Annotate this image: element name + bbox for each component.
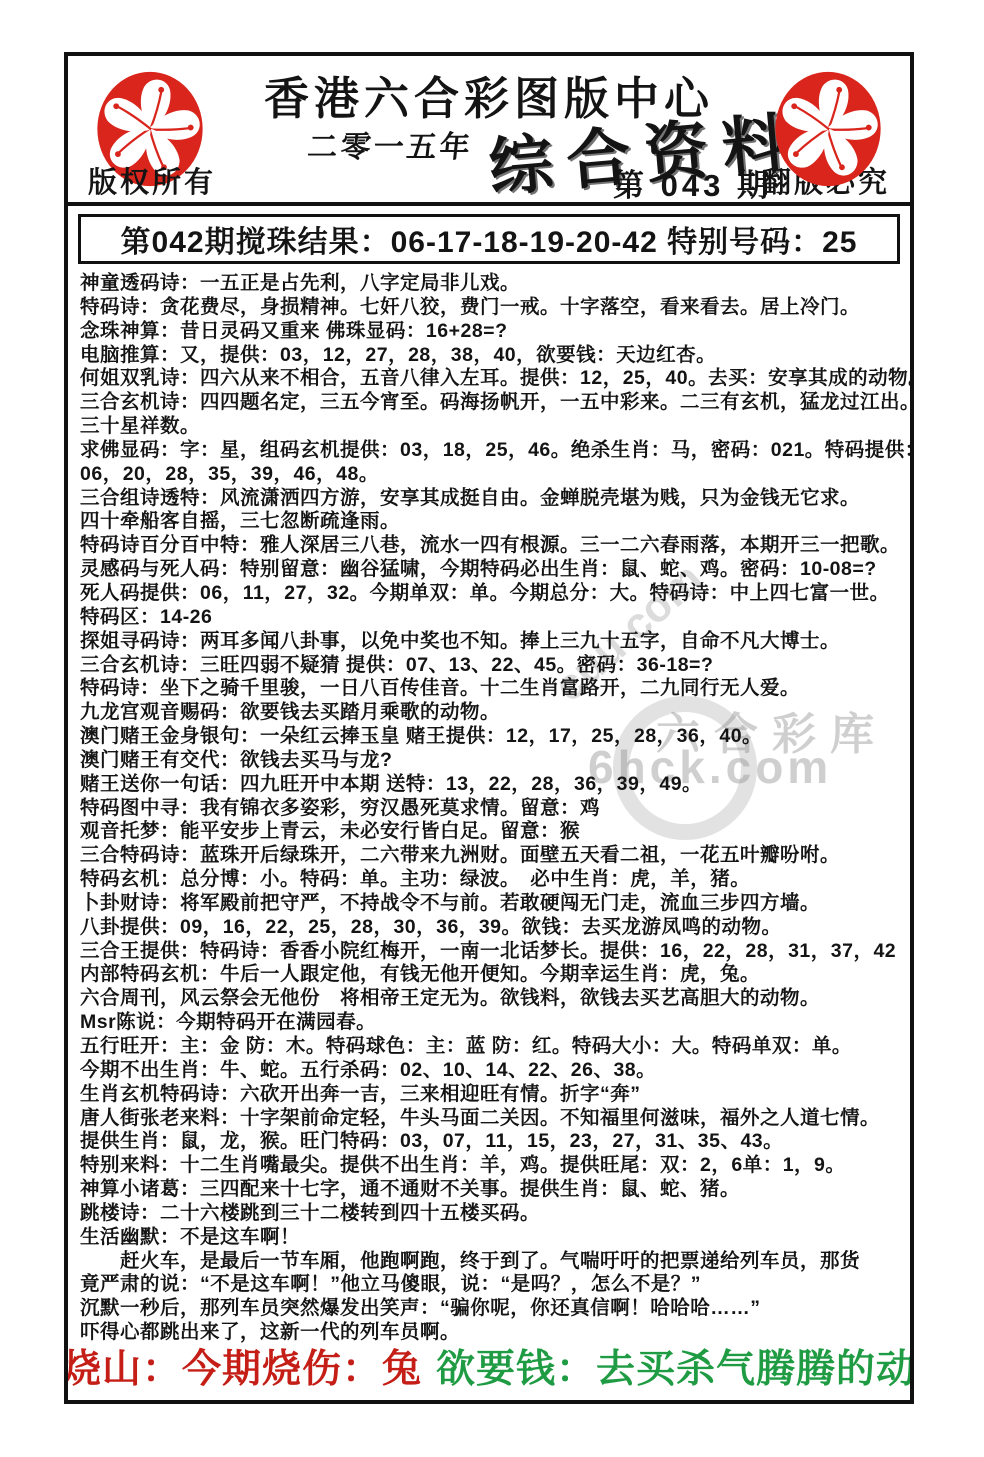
body-text-line: 八卦提供：09，16，22，25，28，30，36，39。欲钱：去买龙游凤鸣的动… (80, 916, 898, 940)
body-text-line: 特码诗百分百中特：雅人深居三八巷，流水一四有根源。三一二六春雨落，本期开三一把歌… (80, 534, 898, 558)
body-text-line: 生肖玄机特码诗：六砍开出奔一吉，三来相迎旺有情。折字“奔” (80, 1083, 898, 1107)
body-text-line: 何姐双乳诗：四六从来不相合，五音八律入左耳。提供：12，25，40。去买：安享其… (80, 367, 898, 391)
body-text-line: 今期不出生肖：牛、蛇。五行杀码：02、10、14、22、26、38。 (80, 1059, 898, 1083)
body-text-line: 三十星祥数。 (80, 415, 898, 439)
body-text-line: 六合周刊，风云祭会无他份 将相帝王定无为。欲钱料，欲钱去买艺高胆大的动物。 (80, 987, 898, 1011)
body-text-line: 五行旺开：主：金 防：木。特码球色：主：蓝 防：红。特码大小：大。特码单双：单。 (80, 1035, 898, 1059)
result-banner: 第042期搅珠结果：06-17-18-19-20-42 特别号码：25 (78, 214, 900, 264)
body-text-line: 卜卦财诗：将军殿前把守严，不持战令不与前。若敢硬闯无门走，流血三步四方墙。 (80, 892, 898, 916)
body-text-line: Msr陈说：今期特码开在满园春。 (80, 1011, 898, 1035)
body-text-line: 澳门赌王有交代：欲钱去买马与龙? (80, 749, 898, 773)
body-text-line: 赶火车，是最后一节车厢，他跑啊跑，终于到了。气喘吁吁的把票递给列车员，那货 (80, 1250, 898, 1274)
body-text-line: 特码图中寻：我有锦衣多姿彩，穷汉愚死莫求情。留意：鸡 (80, 797, 898, 821)
body-text-line: 九龙宫观音赐码：欲要钱去买踏月乘歌的动物。 (80, 701, 898, 725)
body-text-line: 特码区：14-26 (80, 606, 898, 630)
footer-banner: 火烧山：今期烧伤：兔 欲要钱：去买杀气腾腾的动物 (68, 1338, 910, 1394)
issue-label: 第 043 期 (613, 160, 772, 205)
footer-money-text: 欲要钱：去买杀气腾腾的动物 (436, 1338, 914, 1394)
footer-fire-text: 火烧山：今期烧伤：兔 (64, 1338, 422, 1394)
body-text-line: 特码诗：坐下之骑千里骏，一日八百传佳音。十二生肖富路开，二九同行无人爱。 (80, 677, 898, 701)
body-text-line: 念珠神算：昔日灵码又重来 佛珠显码：16+28=? (80, 320, 898, 344)
result-text: 第042期搅珠结果：06-17-18-19-20-42 特别号码：25 (121, 217, 858, 261)
body-text-line: 特码诗：贪花费尽，身损精神。七奸八狡，费门一戒。十字落空，看来看去。居上冷门。 (80, 296, 898, 320)
body-text-line: 灵感码与死人码：特别留意：幽谷猛啸，今期特码必出生肖：鼠、蛇、鸡。密码：10-0… (80, 558, 898, 582)
body-text-line: 特别来料：十二生肖嘴最尖。提供不出生肖：羊，鸡。提供旺尾：双：2，6单：1，9。 (80, 1154, 898, 1178)
hk-bauhinia-flag-icon (772, 68, 884, 190)
body-text-line: 沉默一秒后，那列车员突然爆发出笑声：“骗你呢，你还真信啊！哈哈哈……” (80, 1297, 898, 1321)
body-text-line: 06，20，28，35，39，46，48。 (80, 463, 898, 487)
body-text-line: 澳门赌王金身银句：一朵红云捧玉皇 赌王提供：12，17，25，28，36，40。 (80, 725, 898, 749)
body-text-line: 生活幽默：不是这车啊！ (80, 1226, 898, 1250)
body-text-line: 唐人街张老来料：十字架前命定轻，牛头马面二关因。不知福里何滋味，福外之人道七情。 (80, 1107, 898, 1131)
body-text-line: 求佛显码：字：星，组码玄机提供：03，18，25，46。绝杀生肖：马，密码：02… (80, 439, 898, 463)
body-text-line: 特码玄机：总分博：小。特码：单。主功：绿波。 必中生肖：虎，羊，猪。 (80, 868, 898, 892)
body-text-line: 提供生肖：鼠，龙，猴。旺门特码：03，07，11，15，23，27，31、35、… (80, 1130, 898, 1154)
year-label: 二零一五年 (306, 122, 476, 166)
tips-text-block: 神童透码诗：一五正是占先利，八字定局非儿戏。特码诗：贪花费尽，身损精神。七奸八狡… (68, 266, 910, 1345)
body-text-line: 三合特码诗：蓝珠开后绿珠开，二六带来九洲财。面壁五天看二祖，一花五叶瓣吩咐。 (80, 844, 898, 868)
body-text-line: 三合王提供：特码诗：香香小院红梅开，一南一北话梦长。提供：16，22，28，31… (80, 940, 898, 964)
body-text-line: 内部特码玄机：牛后一人跟定他，有钱无他开便知。今期幸运生肖：虎，兔。 (80, 963, 898, 987)
body-text-line: 神童透码诗：一五正是占先利，八字定局非儿戏。 (80, 272, 898, 296)
body-text-line: 竟严肃的说：“不是这车啊！”他立马傻眼，说：“是吗？，怎么不是？” (80, 1273, 898, 1297)
body-text-line: 跳楼诗：二十六楼跳到三十二楼转到四十五楼买码。 (80, 1202, 898, 1226)
body-text-line: 探姐寻码诗：两耳多闻八卦事，以免中奖也不知。捧上三九十五字，自命不凡大博士。 (80, 630, 898, 654)
body-text-line: 赌王送你一句话：四九旺开中本期 送特：13，22，28，36，39，49。 (80, 773, 898, 797)
sheet-header: 香港六合彩图版中心 二零一五年 综合资料 第 043 期 版权所有 翻版必究 (68, 56, 910, 206)
body-text-line: 死人码提供：06，11，27，32。今期单双：单。今期总分：大。特码诗：中上四七… (80, 582, 898, 606)
lottery-tip-sheet: 香港六合彩图版中心 二零一五年 综合资料 第 043 期 版权所有 翻版必究 第… (64, 52, 914, 1404)
body-text-line: 三合玄机诗：三旺四弱不疑猜 提供：07、13、22、45。密码：36-18=? (80, 654, 898, 678)
body-text-line: 四十牵船客自摇，三七忽断疏逢雨。 (80, 510, 898, 534)
body-text-line: 三合组诗透特：风流潇洒四方游，安享其成挺自由。金蝉脱壳堪为贱，只为金钱无它求。 (80, 487, 898, 511)
body-text-line: 观音托梦：能平安步上青云，未必安行皆白足。留意：猴 (80, 820, 898, 844)
body-text-line: 电脑推算：又，提供：03，12，27，28，38，40，欲要钱：天边红杏。 (80, 344, 898, 368)
body-text-line: 三合玄机诗：四四题名定，三五今宵至。码海扬帆开，一五中彩来。二三有玄机，猛龙过江… (80, 391, 898, 415)
body-text-line: 神算小诸葛：三四配来十七字，通不通财不关事。提供生肖：鼠、蛇、猪。 (80, 1178, 898, 1202)
copyright-left-notice: 版权所有 (88, 160, 216, 201)
